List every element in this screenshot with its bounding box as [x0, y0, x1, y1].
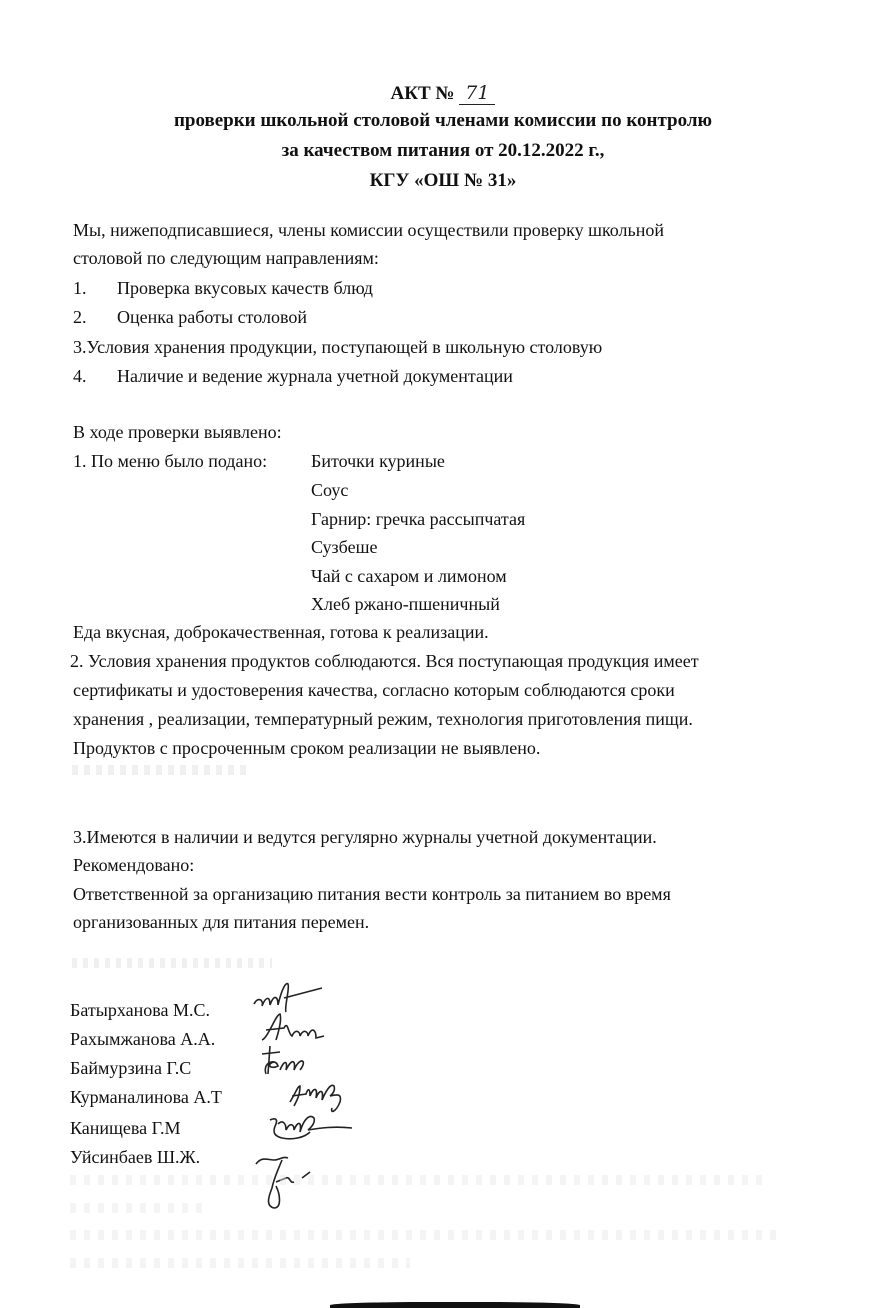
food-verdict: Еда вкусная, доброкачественная, готова к… [73, 622, 489, 643]
direction-item: 3.Условия хранения продукции, поступающе… [73, 337, 602, 358]
findings-heading: В ходе проверки выявлено: [73, 422, 282, 443]
direction-item: 1.Проверка вкусовых качеств блюд [73, 278, 373, 299]
title-line-2: за качеством питания от 20.12.2022 г., [0, 140, 886, 162]
bleed-through-artifact [70, 1258, 410, 1268]
intro-line-2: столовой по следующим направлениям: [73, 248, 379, 269]
title-line-3: КГУ «ОШ № 31» [0, 170, 886, 192]
signatory-name: Баймурзина Г.С [70, 1058, 191, 1079]
menu-label: 1. По меню было подано: [73, 451, 267, 472]
menu-item: Биточки куриные [311, 451, 445, 472]
bleed-through-artifact [70, 1230, 780, 1240]
scanned-document-page: АКТ № 71 проверки школьной столовой член… [0, 0, 886, 1308]
point2-line: хранения , реализации, температурный реж… [73, 709, 693, 730]
handwritten-signature-icon [252, 1150, 332, 1220]
bleed-through-artifact [70, 1175, 770, 1185]
recommendation-line: организованных для питания перемен. [73, 912, 369, 933]
menu-item: Соус [311, 480, 348, 501]
scan-edge-shadow [330, 1302, 580, 1308]
menu-item: Гарнир: гречка рассыпчатая [311, 509, 525, 530]
signatory-name: Курманалинова А.Т [70, 1087, 222, 1108]
menu-item: Сузбеше [311, 537, 377, 558]
handwritten-signature-icon [264, 1108, 359, 1148]
bleed-through-artifact [72, 958, 272, 968]
recommended-label: Рекомендовано: [73, 855, 194, 876]
signatory-name: Батырханова М.С. [70, 1000, 210, 1021]
recommendation-line: Ответственной за организацию питания вес… [73, 884, 671, 905]
act-label: АКТ № [391, 83, 455, 104]
title-line-1: проверки школьной столовой членами комис… [0, 110, 886, 132]
menu-item: Хлеб ржано-пшеничный [311, 594, 500, 615]
act-heading: АКТ № 71 [0, 82, 886, 105]
point2-line: сертификаты и удостоверения качества, со… [73, 680, 675, 701]
point3: 3.Имеются в наличии и ведутся регулярно … [73, 827, 657, 848]
menu-item: Чай с сахаром и лимоном [311, 566, 507, 587]
point2-line: Продуктов с просроченным сроком реализац… [73, 738, 540, 759]
bleed-through-artifact [72, 765, 252, 775]
intro-line-1: Мы, нижеподписавшиеся, члены комиссии ос… [73, 220, 664, 241]
signatory-name: Рахымжанова А.А. [70, 1029, 215, 1050]
direction-item: 2.Оценка работы столовой [73, 307, 307, 328]
bleed-through-artifact [70, 1203, 210, 1213]
signatory-name: Канищева Г.М [70, 1118, 181, 1139]
signatory-name: Уйсинбаев Ш.Ж. [70, 1147, 200, 1168]
direction-item: 4.Наличие и ведение журнала учетной доку… [73, 366, 513, 387]
act-number-handwritten: 71 [459, 82, 495, 105]
point2-line: 2. Условия хранения продуктов соблюдаютс… [70, 651, 699, 672]
